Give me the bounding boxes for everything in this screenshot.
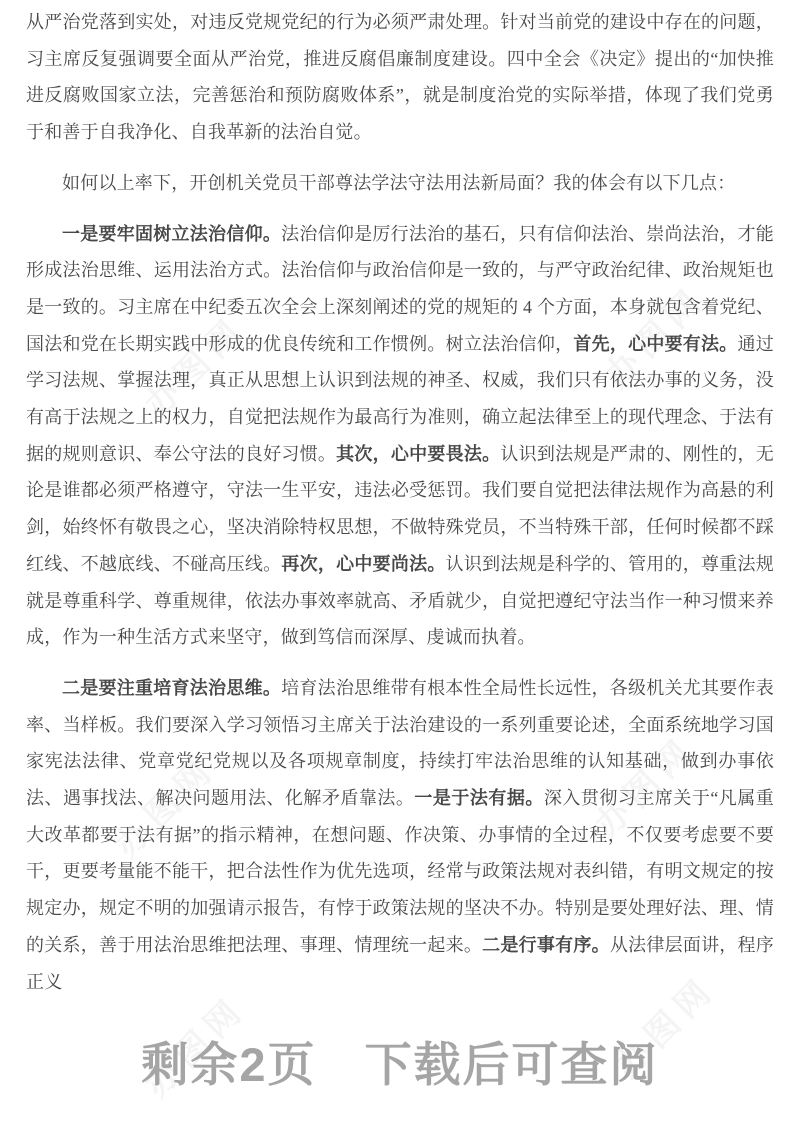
bold-text-run: 一是要牢固树立法治信仰。 <box>62 224 281 244</box>
bold-text-run: 二是行事有序。 <box>482 935 610 955</box>
bold-text-run: 一是于法有据。 <box>414 788 543 808</box>
text-run: 深入贯彻习主席关于“凡属重大改革都要于法有据”的指示精神，在想问题、作决策、办事… <box>26 788 774 955</box>
document-body: 从严治党落到实处，对违反党规党纪的行为必须严肃处理。针对当前党的建设中存在的问题… <box>26 4 774 1014</box>
bold-text-run: 再次，心中要尚法。 <box>281 554 445 574</box>
footer-notice: 剩余2页下载后可查阅 <box>0 1028 800 1095</box>
download-hint-label: 下载后可查阅 <box>365 1038 659 1091</box>
paragraph: 一是要牢固树立法治信仰。法治信仰是厉行法治的基石，只有信仰法治、崇尚法治，才能形… <box>26 216 774 656</box>
paragraph: 如何以上率下，开创机关党员干部尊法学法守法用法新局面？我的体会有以下几点： <box>26 165 774 202</box>
paragraph: 从严治党落到实处，对违反党规党纪的行为必须严肃处理。针对当前党的建设中存在的问题… <box>26 4 774 151</box>
document-page: 办图网办图网办图网办图网办图网办图网 从严治党落到实处，对违反党规党纪的行为必须… <box>0 0 800 1145</box>
remaining-pages-label: 剩余2页 <box>141 1038 316 1091</box>
bold-text-run: 二是要注重培育法治思维。 <box>62 678 281 698</box>
bold-text-run: 其次，心中要畏法。 <box>336 444 500 464</box>
text-run: 从严治党落到实处，对违反党规党纪的行为必须严肃处理。针对当前党的建设中存在的问题… <box>26 12 774 142</box>
text-run: 如何以上率下，开创机关党员干部尊法学法守法用法新局面？我的体会有以下几点： <box>62 173 735 193</box>
paragraph: 二是要注重培育法治思维。培育法治思维带有根本性全局性长远性，各级机关尤其要作表率… <box>26 670 774 1000</box>
bold-text-run: 首先，心中要有法。 <box>573 334 737 354</box>
